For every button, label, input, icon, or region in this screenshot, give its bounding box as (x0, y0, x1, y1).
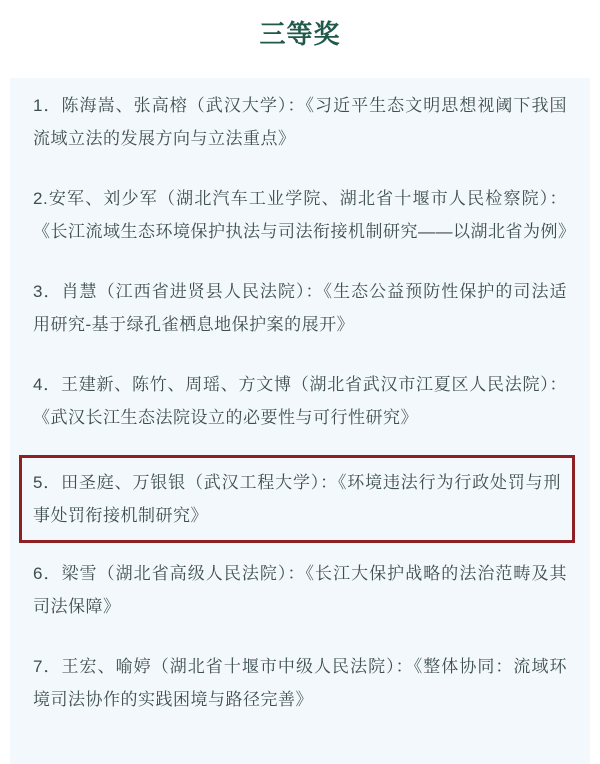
award-entry-1: 1．陈海嵩、张高榕（武汉大学）：《习近平生态文明思想视阈下我国流域立法的发展方向… (33, 89, 567, 155)
award-entry-3: 3．肖慧（江西省进贤县人民法院）：《生态公益预防性保护的司法适用研究-基于绿孔雀… (33, 275, 567, 341)
award-entry-7: 7．王宏、喻婷（湖北省十堰市中级人民法院）：《整体协同：流域环境司法协作的实践困… (33, 650, 567, 716)
award-list-panel: 1．陈海嵩、张高榕（武汉大学）：《习近平生态文明思想视阈下我国流域立法的发展方向… (10, 78, 590, 764)
page-title: 三等奖 (0, 0, 600, 59)
award-entry-4: 4．王建新、陈竹、周瑶、方文博（湖北省武汉市江夏区人民法院）：《武汉长江生态法院… (33, 368, 567, 434)
award-entry-6: 6．梁雪（湖北省高级人民法院）：《长江大保护战略的法治范畴及其司法保障》 (33, 557, 567, 623)
award-entry-5-highlighted: 5．田圣庭、万银银（武汉工程大学）：《环境违法行为行政处罚与刑事处罚衔接机制研究… (19, 455, 575, 543)
award-entry-2: 2.安军、刘少军（湖北汽车工业学院、湖北省十堰市人民检察院）：《长江流域生态环境… (33, 182, 567, 248)
